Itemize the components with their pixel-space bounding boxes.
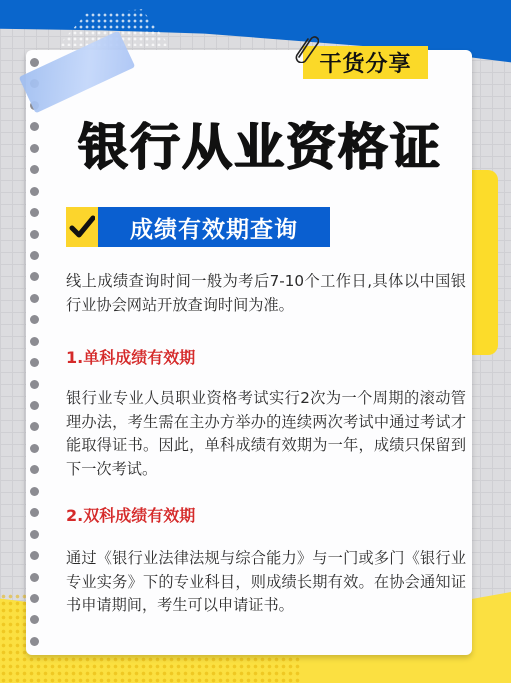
hole [30, 122, 39, 131]
hole [30, 251, 39, 260]
intro-paragraph: 线上成绩查询时间一般为考后7-10个工作日,具体以中国银行业协会网站开放查询时间… [66, 270, 466, 317]
hole [30, 337, 39, 346]
hole [30, 187, 39, 196]
hole [30, 230, 39, 239]
hole [30, 444, 39, 453]
side-yellow-tab [470, 170, 498, 355]
paperclip-icon [293, 33, 319, 63]
hole [30, 358, 39, 367]
hole [30, 165, 39, 174]
hole [30, 487, 39, 496]
hole [30, 551, 39, 560]
hole [30, 573, 39, 582]
hole [30, 594, 39, 603]
page-title: 银行从业资格证 [55, 112, 465, 182]
tag-label: 干货分享 [319, 47, 411, 78]
hole [30, 294, 39, 303]
hole [30, 208, 39, 217]
section-heading: 成绩有效期查询 [66, 207, 330, 247]
hole [30, 272, 39, 281]
tag-badge: 干货分享 [303, 46, 428, 79]
hole [30, 58, 39, 67]
paragraph-double-subject: 通过《银行业法律法规与综合能力》与一门或多门《银行业专业实务》下的专业科目，则成… [66, 547, 466, 618]
check-badge [66, 207, 98, 247]
hole [30, 615, 39, 624]
hole [30, 422, 39, 431]
hole [30, 401, 39, 410]
spiral-holes [26, 56, 42, 656]
hole [30, 530, 39, 539]
paragraph-single-subject: 银行业专业人员职业资格考试实行2次为一个周期的滚动管理办法，考生需在主办方举办的… [66, 387, 466, 481]
hole [30, 465, 39, 474]
section-heading-label: 成绩有效期查询 [98, 207, 330, 247]
subheading-double-subject: 2.双科成绩有效期 [66, 503, 195, 526]
check-icon [69, 214, 95, 240]
hole [30, 144, 39, 153]
hole [30, 315, 39, 324]
hole [30, 508, 39, 517]
hole [30, 380, 39, 389]
subheading-single-subject: 1.单科成绩有效期 [66, 345, 195, 368]
hole [30, 637, 39, 646]
